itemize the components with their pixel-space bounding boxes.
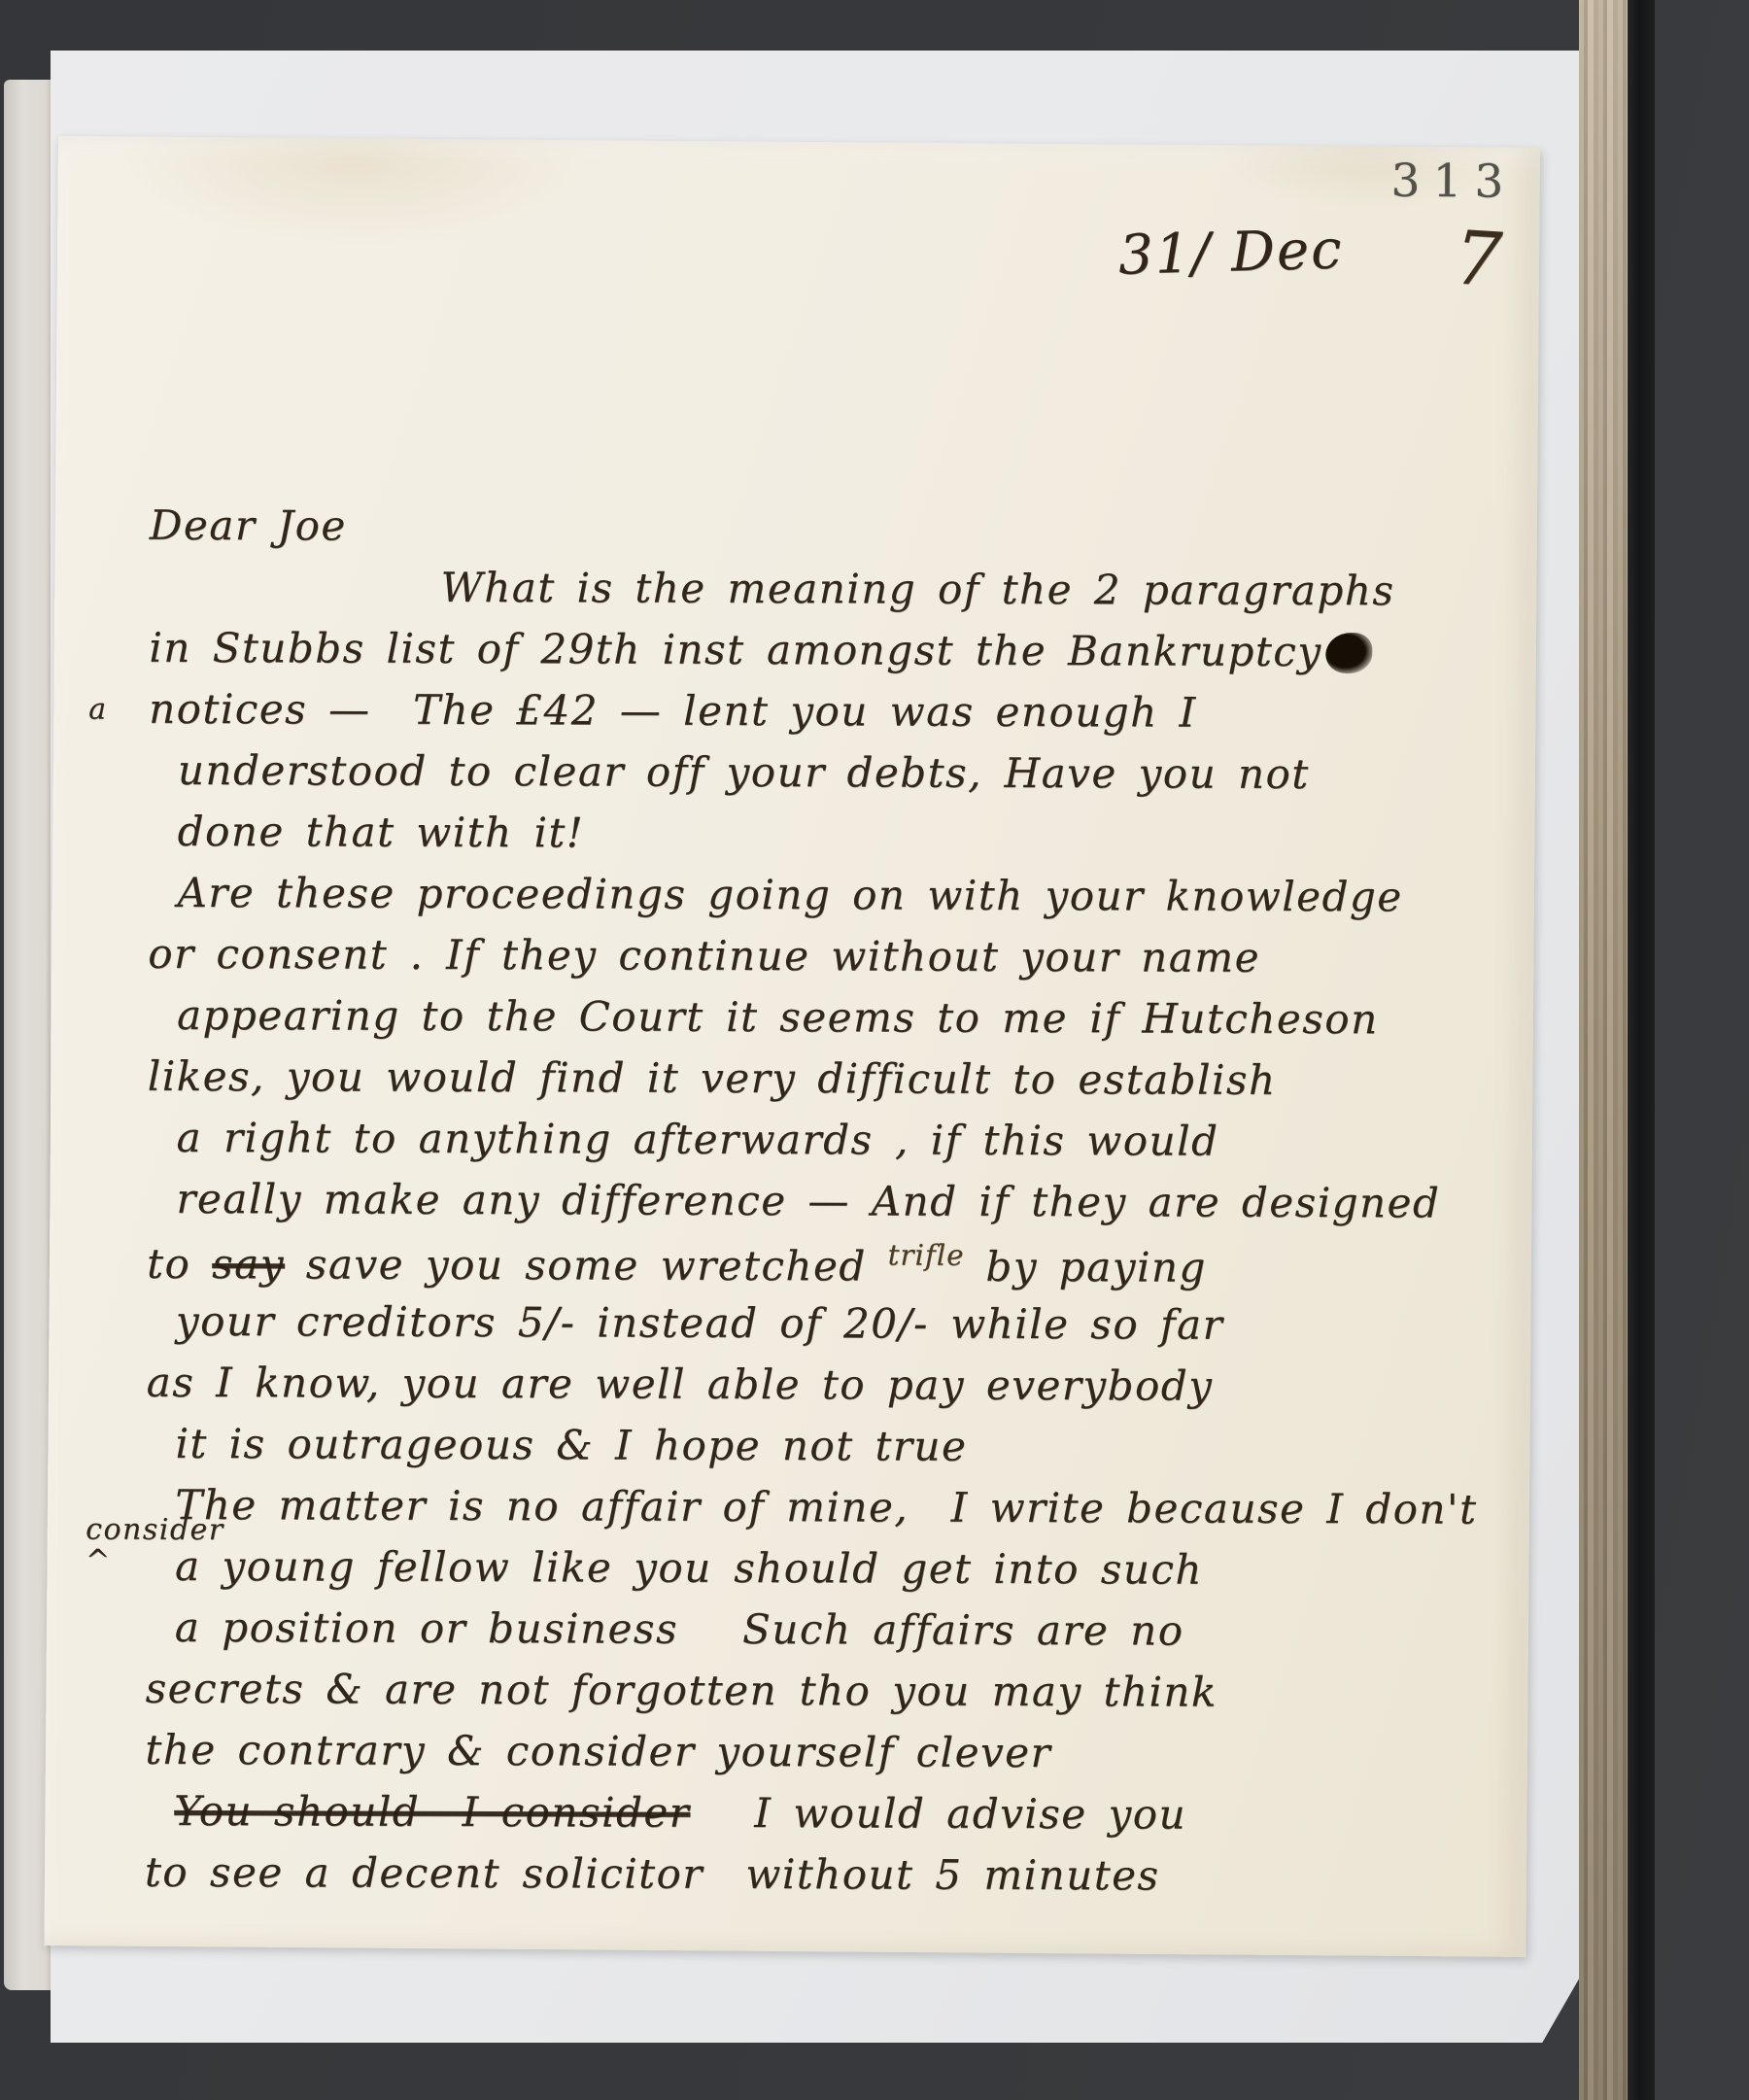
book-pages-edge	[1579, 0, 1628, 2100]
letter-line: secrets & are not forgotten tho you may …	[145, 1665, 1491, 1731]
letter-text: appearing to the Court it seems to me if…	[177, 991, 1379, 1043]
letter-line: Are these proceedings going on with your…	[148, 869, 1493, 935]
letter-text: your creditors 5/- instead of 20/- while…	[176, 1297, 1223, 1349]
letter-line: to say save you some wretched trifle by …	[147, 1236, 1492, 1302]
letter-line: a right to anything afterwards , if this…	[147, 1114, 1492, 1180]
letter-text: or consent . If they continue without yo…	[148, 930, 1260, 981]
letter-text: to see a decent solicitor without 5 minu…	[145, 1848, 1160, 1900]
letter-line: likes, you would find it very difficult …	[148, 1052, 1493, 1119]
letter-text: secrets & are not forgotten tho you may …	[146, 1665, 1217, 1716]
letter-line: Dear Joe	[150, 501, 1495, 568]
letter-page: 313 31/ Dec 7 Dear JoeWhat is the meanin…	[44, 136, 1540, 1957]
ink-blot	[1326, 633, 1373, 673]
letter-text: What is the meaning of the 2 paragraphs	[441, 564, 1395, 614]
letter-text: Dear Joe	[150, 501, 347, 550]
margin-note-text: ^	[86, 1546, 224, 1577]
margin-note: a	[88, 695, 108, 726]
letter-line: in Stubbs list of 29th inst amongst the …	[149, 624, 1494, 690]
letter-text: Are these proceedings going on with your…	[177, 869, 1402, 920]
letter-line: your creditors 5/- instead of 20/- while…	[147, 1297, 1492, 1363]
letter-line: anotices — The £42 — lent you was enough…	[149, 685, 1494, 751]
letter-text: a right to anything afterwards , if this…	[177, 1114, 1219, 1165]
letter-text: I would advise you	[690, 1789, 1186, 1839]
letter-line: consider^a young fellow like you should …	[146, 1542, 1492, 1608]
letter-line: it is outrageous & I hope not true	[146, 1420, 1492, 1486]
letter-text: trifle	[888, 1238, 965, 1271]
photo-background: 313 31/ Dec 7 Dear JoeWhat is the meanin…	[0, 0, 1749, 2100]
letter-text: to	[147, 1240, 212, 1288]
letter-line: to see a decent solicitor without 5 minu…	[145, 1848, 1491, 1914]
letter-line: What is the meaning of the 2 paragraphs	[149, 563, 1494, 629]
letter-text: it is outrageous & I hope not true	[175, 1420, 967, 1470]
letter-line: the contrary & consider yourself clever	[145, 1726, 1491, 1792]
letter-text: say	[212, 1240, 285, 1288]
letter-text: The matter is no affair of mine, I write…	[175, 1481, 1477, 1533]
letter-line: or consent . If they continue without yo…	[148, 930, 1493, 996]
letter-text: done that with it!	[178, 808, 585, 856]
letter-line: as I know, you are well able to pay ever…	[147, 1359, 1492, 1425]
letter-text: in Stubbs list of 29th inst amongst the …	[149, 624, 1321, 675]
letter-text: likes, you would find it very difficult …	[148, 1052, 1277, 1104]
letter-text: by paying	[964, 1243, 1207, 1291]
letter-line: The matter is no affair of mine, I write…	[146, 1481, 1492, 1547]
margin-note: consider^	[86, 1515, 224, 1577]
letter-text: You should I consider	[174, 1787, 690, 1837]
letter-line: really make any difference — And if they…	[147, 1175, 1492, 1241]
book-cover-edge	[1628, 0, 1655, 2100]
letter-text: notices — The £42 — lent you was enough …	[149, 685, 1197, 737]
letter-line: You should I consider I would advise you	[145, 1787, 1491, 1853]
letter-text: the contrary & consider yourself clever	[145, 1726, 1051, 1776]
letter-line: done that with it!	[149, 808, 1494, 874]
letter-text: a young fellow like you should get into …	[175, 1542, 1203, 1594]
folio-number: 7	[1452, 214, 1504, 303]
letter-line: a position or business Such affairs are …	[146, 1603, 1492, 1670]
date: 31/ Dec	[1117, 218, 1344, 287]
letter-text: a position or business Such affairs are …	[175, 1603, 1184, 1655]
letter-line: understood to clear off your debts, Have…	[149, 746, 1494, 812]
page-number-stamp: 313	[1390, 155, 1516, 209]
letter-text: as I know, you are well able to pay ever…	[147, 1359, 1214, 1410]
letter-line: appearing to the Court it seems to me if…	[148, 991, 1493, 1057]
letter-body: Dear JoeWhat is the meaning of the 2 par…	[145, 501, 1495, 1914]
margin-note-text: consider	[86, 1515, 224, 1546]
letter-text: understood to clear off your debts, Have…	[178, 746, 1310, 798]
margin-note-text: a	[88, 695, 108, 726]
letter-text: really make any difference — And if they…	[176, 1175, 1440, 1227]
letter-text: save you some wretched	[285, 1240, 888, 1290]
